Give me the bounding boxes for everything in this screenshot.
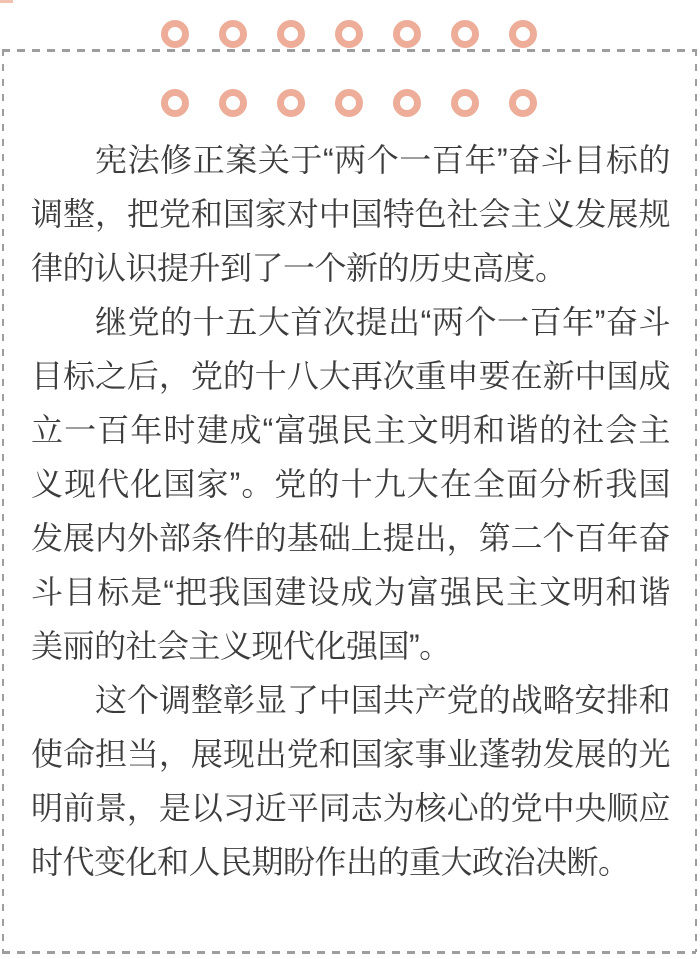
ring-icon <box>277 89 305 117</box>
ring-icon <box>219 20 247 48</box>
article-page: 宪法修正案关于“两个一百年”奋斗目标的调整，把党和国家对中国特色社会主义发展规律… <box>0 0 700 959</box>
ring-row <box>161 20 537 48</box>
ring-row <box>161 89 537 117</box>
article-body: 宪法修正案关于“两个一百年”奋斗目标的调整，把党和国家对中国特色社会主义发展规律… <box>31 133 670 889</box>
paragraph: 这个调整彰显了中国共产党的战略安排和使命担当，展现出党和国家事业蓬勃发展的光明前… <box>31 673 670 889</box>
paragraph: 继党的十五大首次提出“两个一百年”奋斗目标之后，党的十八大再次重申要在新中国成立… <box>31 295 670 673</box>
dashed-border-left <box>2 49 4 952</box>
paragraph: 宪法修正案关于“两个一百年”奋斗目标的调整，把党和国家对中国特色社会主义发展规律… <box>31 133 670 295</box>
ring-icon <box>451 89 479 117</box>
ring-icon <box>393 20 421 48</box>
ring-icon <box>509 89 537 117</box>
ring-icon <box>509 20 537 48</box>
dashed-border-top <box>2 49 696 52</box>
ring-icon <box>161 20 189 48</box>
ring-icon <box>335 89 363 117</box>
ring-icon <box>277 20 305 48</box>
dashed-border-bottom <box>2 951 696 954</box>
ring-icon <box>335 20 363 48</box>
ring-icon <box>161 89 189 117</box>
corner-red-dash <box>0 0 13 3</box>
dashed-border-right <box>695 49 697 952</box>
ring-icon <box>219 89 247 117</box>
ring-icon <box>393 89 421 117</box>
ring-icon <box>451 20 479 48</box>
